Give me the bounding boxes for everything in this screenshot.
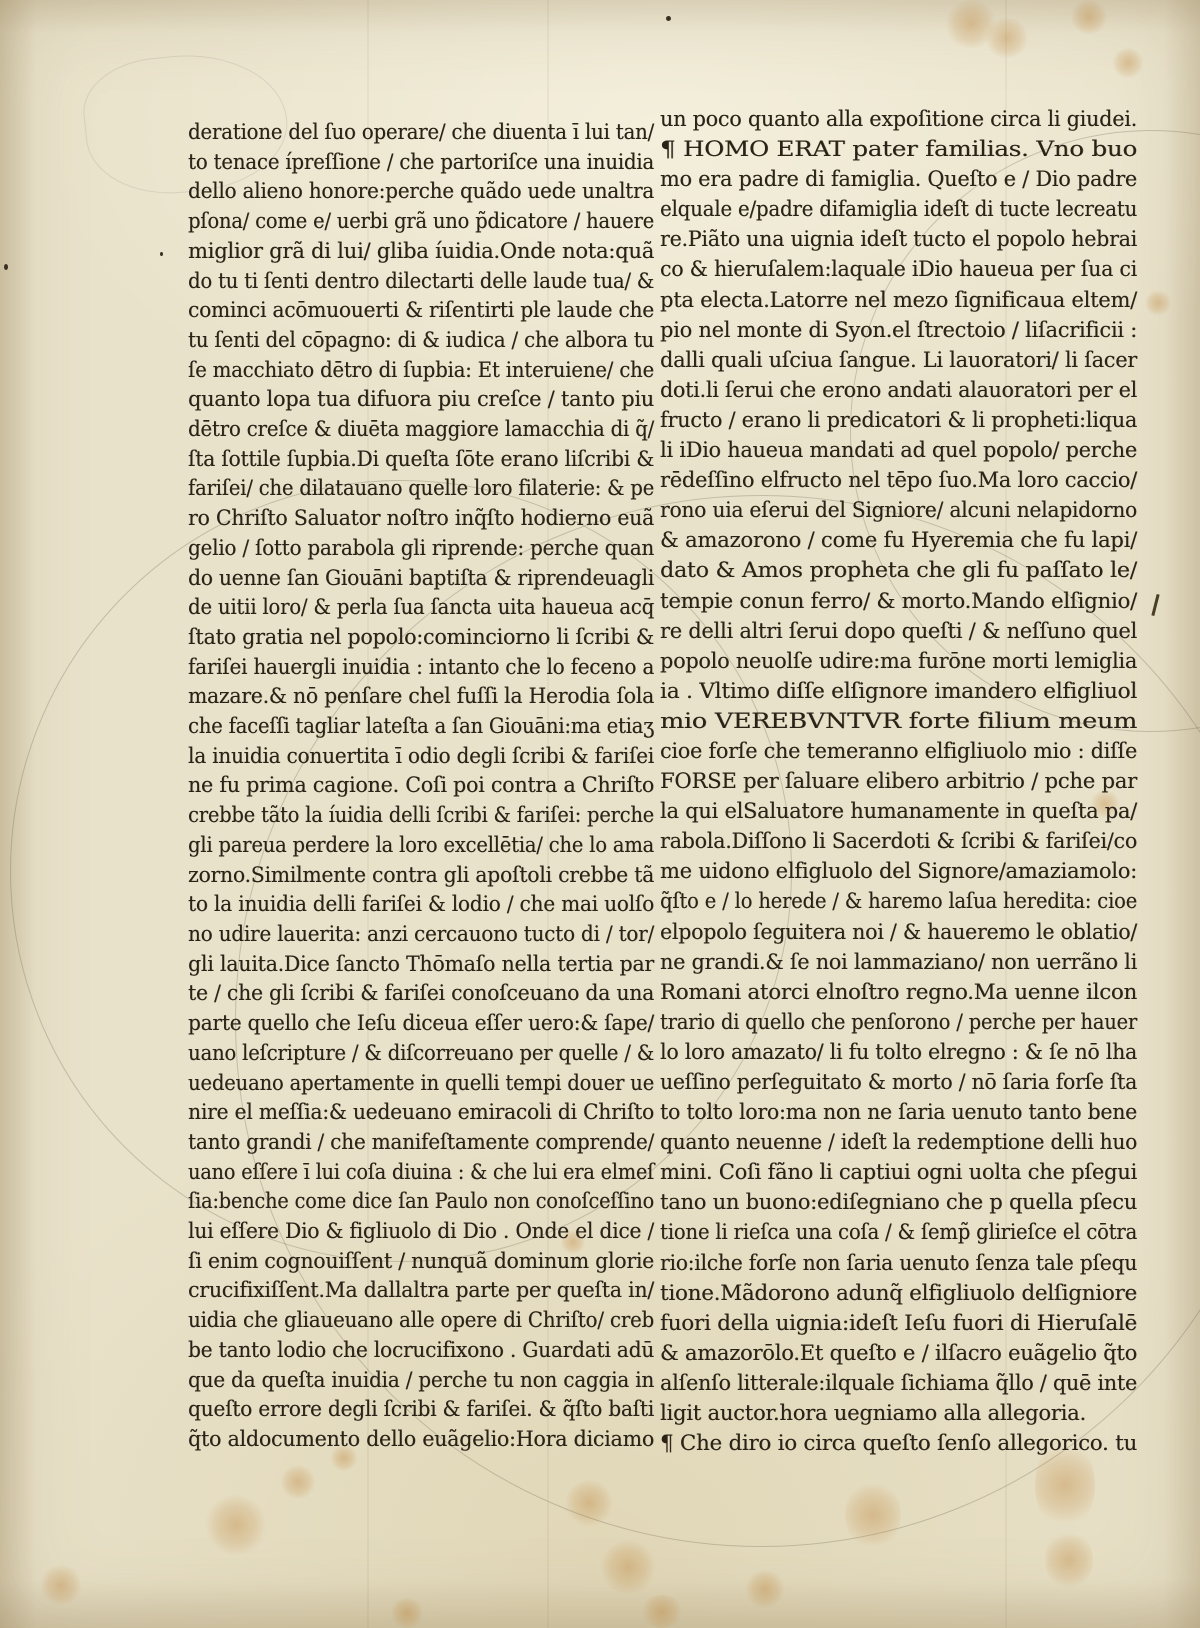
text-line: la inuidia conuertita ī odio degli ſcrib… [188, 742, 654, 772]
text-line: ro Chriſto Saluator noſtro inq̃ſto hodie… [188, 504, 654, 534]
text-line: rio:ilche forſe non ſaria uenuto ſenza t… [660, 1248, 1137, 1278]
foxing-stain [1045, 1530, 1093, 1590]
foxing-stain [845, 1480, 901, 1550]
text-line: tano un buono:ediſegniano che p quella p… [660, 1187, 1137, 1217]
text-line: mio VEREBVNTVR forte filium meum [660, 706, 1137, 736]
text-line: Romani atorci elnoſtro regno.Ma uenne il… [660, 977, 1137, 1007]
text-line: pſona/ come e/ uerbi grã uno p̃dicatore … [188, 207, 654, 237]
text-line: do tu ti ſenti dentro dilectarti delle l… [188, 267, 654, 297]
text-line: gli pareua perdere la loro excellētia/ c… [188, 831, 654, 861]
foxing-stain [1070, 0, 1108, 34]
text-line: lui eſſere Dio & figliuolo di Dio . Onde… [188, 1217, 654, 1247]
text-line: & amazorōlo.Et queſto e / ilſacro euãgel… [660, 1338, 1137, 1368]
text-line: ſta ſottile ſupbia.Di queſta ſōte erano … [188, 445, 654, 475]
text-line: doti.li ſerui che erono andati alauorato… [660, 375, 1137, 405]
text-line: uedeuano apertamente in quelli tempi dou… [188, 1069, 654, 1099]
foxing-stain [985, 18, 1029, 58]
text-line: gelio / ſotto parabola gli riprende: per… [188, 534, 654, 564]
page-edge-mark [1151, 594, 1159, 616]
text-line: dētro creſce & diuēta maggiore lamacchia… [188, 415, 654, 445]
text-line: to tenace ípreſſione / che partoriſce un… [188, 148, 654, 178]
text-line: tempie conun ferro/ & morto.Mando elſign… [660, 586, 1137, 616]
text-line: ſtato gratia nel popolo:cominciorno li ſ… [188, 623, 654, 653]
text-line: tanto grandi / che manifeſtamente compre… [188, 1128, 654, 1158]
text-line: ligit auctor.hora uegniamo alla allegori… [660, 1398, 1137, 1428]
scanned-book-page: deratione del ſuo operare/ che diuenta ī… [0, 0, 1200, 1628]
text-line: q̃ſto e / lo herede / & haremo laſua her… [660, 886, 1137, 916]
text-line: cominci acōmuouerti & riſentirti ple lau… [188, 296, 654, 326]
text-line: mo era padre di famiglia. Queſto e / Dio… [660, 164, 1137, 194]
text-line: dello alieno honore:perche quãdo uede un… [188, 177, 654, 207]
foxing-stain [640, 1595, 684, 1628]
text-line: quanto neuenne / ideſt la redemptione de… [660, 1127, 1137, 1157]
text-line: zorno.Similmente contra gli apoſtoli cre… [188, 861, 654, 891]
text-line: dalli quali uſciua ſangue. Li lauoratori… [660, 345, 1137, 375]
text-line: uano leſcripture / & diſcorreuano per qu… [188, 1039, 654, 1069]
text-line: rēdeſſino elfructo nel tēpo ſuo.Ma loro … [660, 465, 1137, 495]
text-line: deratione del ſuo operare/ che diuenta ī… [188, 118, 654, 148]
text-line: cioe forſe che temeranno elfigliuolo mio… [660, 736, 1137, 766]
text-line: nire el meſſia:& uedeuano emiracoli di C… [188, 1098, 654, 1128]
text-line: fariſei hauergli inuidia : intanto che l… [188, 653, 654, 683]
text-line: ne grandi.& ſe noi lammaziano/ non uerrã… [660, 947, 1137, 977]
text-line: to tolto loro:ma non ne ſaria uenuto tan… [660, 1097, 1137, 1127]
text-line: elpopolo ſeguitera noi / & haueremo le o… [660, 917, 1137, 947]
text-line: lo loro amazato/ li fu tolto elregno : &… [660, 1037, 1137, 1067]
text-line: elquale e/padre difamiglia ideſt di tuct… [660, 194, 1137, 224]
text-line: q̃to aldocumento dello euãgelio:Hora dic… [188, 1425, 654, 1455]
foxing-stain [205, 1495, 267, 1555]
text-line: che faceſſi tagliar lateſta a ſan Giouān… [188, 712, 654, 742]
text-line: pio nel monte di Syon.el ſtrectoio / liſ… [660, 315, 1137, 345]
text-line: trario di quello che penſorono / perche … [660, 1007, 1137, 1037]
ink-speck [4, 264, 8, 270]
text-line: ¶ HOMO ERAT pater familias. Vno buo [660, 134, 1137, 164]
text-line: de uitii loro/ & perla ſua ſancta uita h… [188, 593, 654, 623]
foxing-stain [40, 1565, 82, 1605]
text-line: crebbe tãto la íuidia delli ſcribi & far… [188, 801, 654, 831]
text-line: crucifixiſſent.Ma dallaltra parte per qu… [188, 1276, 654, 1306]
left-text-column: deratione del ſuo operare/ che diuenta ī… [188, 118, 654, 1455]
foxing-stain [1145, 290, 1171, 316]
text-line: ſe macchiato dētro di ſupbia: Et interui… [188, 356, 654, 386]
text-line: tu ſenti del cōpagno: di & iudica / che … [188, 326, 654, 356]
foxing-stain [745, 1570, 785, 1608]
text-line: to la inuidia delli fariſei & lodio / ch… [188, 890, 654, 920]
ink-speck [160, 252, 163, 256]
text-line: te / che gli ſcribi & fariſei conoſceuan… [188, 979, 654, 1009]
text-line: ¶ Che diro io circa queſto ſenſo allegor… [660, 1428, 1137, 1458]
text-line: fructo / erano li predicatori & li proph… [660, 405, 1137, 435]
text-line: no udire lauerita: anzi cercauono tucto … [188, 920, 654, 950]
text-line: queſto errore degli ſcribi & fariſei. & … [188, 1395, 654, 1425]
text-line: popolo neuolſe udire:ma furōne morti lem… [660, 646, 1137, 676]
text-line: co & hieruſalem:laquale iDio haueua per … [660, 254, 1137, 284]
text-line: be tanto lodio che locrucifixono . Guard… [188, 1336, 654, 1366]
text-line: re.Piãto una uignia ideſt tucto el popol… [660, 224, 1137, 254]
text-line: alſenſo litterale:ilquale ſichiama q̃llo… [660, 1368, 1137, 1398]
text-line: quanto lopa tua difuora piu creſce / tan… [188, 385, 654, 415]
text-line: uidia che gliaueuano alle opere di Chriſ… [188, 1306, 654, 1336]
right-text-column: un poco quanto alla expoſitione circa li… [660, 104, 1137, 1458]
text-line: dato & Amos propheta che gli fu paſſato … [660, 555, 1137, 585]
text-line: la qui elSaluatore humanamente in queſta… [660, 796, 1137, 826]
text-line: rono uia eſerui del Signiore/ alcuni nel… [660, 495, 1137, 525]
text-line: li iDio haueua mandati ad quel popolo/ p… [660, 435, 1137, 465]
text-line: mazare.& nō penſare chel fuſſi la Herodi… [188, 682, 654, 712]
text-line: uano eſſere ī lui coſa diuina : & che lu… [188, 1158, 654, 1188]
foxing-stain [600, 1540, 656, 1594]
text-line: re delli altri ſerui dopo queſti / & neſ… [660, 616, 1137, 646]
text-line: parte quello che Ieſu diceua eſſer uero:… [188, 1009, 654, 1039]
text-line: que da queſta inuidia / perche tu non ca… [188, 1366, 654, 1396]
text-line: pta electa.Latorre nel mezo ſignificaua … [660, 285, 1137, 315]
ink-speck [666, 16, 671, 21]
text-line: me uidono elfigluolo del Signore/amaziam… [660, 856, 1137, 886]
foxing-stain [390, 1598, 424, 1628]
text-line: FORSE per ſaluare elibero arbitrio / pch… [660, 766, 1137, 796]
text-line: tione.Mãdorono adunq̃ elfigliuolo delſig… [660, 1278, 1137, 1308]
foxing-stain [945, 0, 997, 48]
text-line: rabola.Diſſono li Sacerdoti & ſcribi & f… [660, 826, 1137, 856]
text-line: tione li rieſca una coſa / & ſemp̃ gliri… [660, 1217, 1137, 1247]
foxing-stain [1112, 48, 1144, 78]
text-line: miglior grã di lui/ gliba íuidia.Onde no… [188, 237, 654, 267]
text-line: ueſſino perſeguitato & morto / nō ſaria … [660, 1067, 1137, 1097]
text-line: ſi enim cognouiſſent / nunquã dominum gl… [188, 1247, 654, 1277]
foxing-stain [565, 1480, 613, 1526]
foxing-stain [280, 1465, 316, 1499]
text-line: ia . Vltimo diſſe elſignore imandero elf… [660, 676, 1137, 706]
text-line: ne fu prima cagione. Coſi poi contra a C… [188, 771, 654, 801]
text-line: fariſei/ che dilatauano quelle loro fila… [188, 474, 654, 504]
text-line: fuori della uignia:ideſt Ieſu fuori di H… [660, 1308, 1137, 1338]
text-line: do uenne ſan Giouāni baptiſta & riprende… [188, 564, 654, 594]
text-line: un poco quanto alla expoſitione circa li… [660, 104, 1137, 134]
text-line: mini. Coſi fãno li captiui ogni uolta ch… [660, 1157, 1137, 1187]
text-line: gli lauita.Dice ſancto Thōmaſo nella ter… [188, 950, 654, 980]
text-line: & amazorono / come fu Hyeremia che fu la… [660, 525, 1137, 555]
text-line: ſia:benche come dice ſan Paulo non conoſ… [188, 1187, 654, 1217]
